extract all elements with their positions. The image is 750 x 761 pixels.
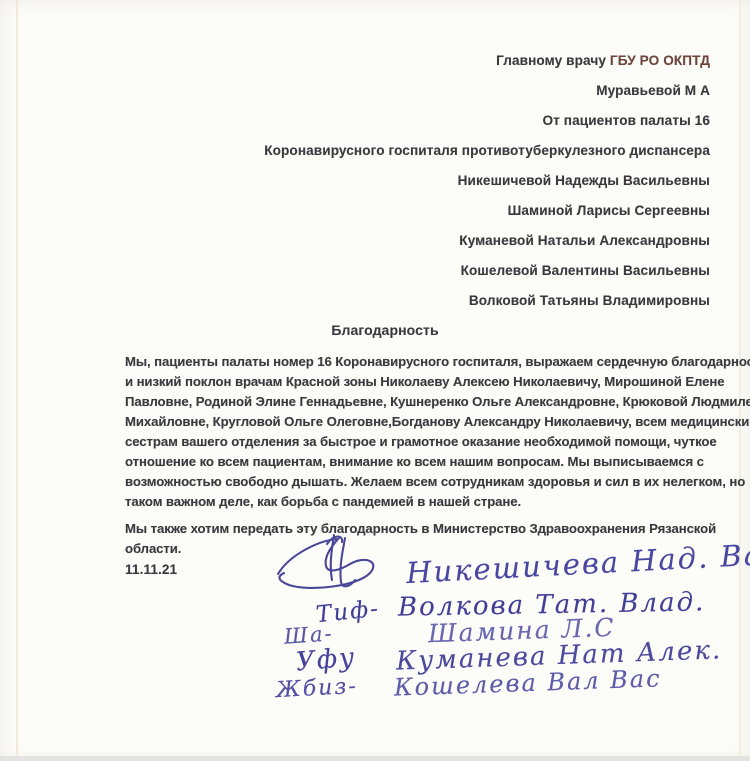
letter-header: Главному врачу ГБУ РО ОКПТД Муравьевой М… xyxy=(264,46,710,316)
flourish-signature xyxy=(272,532,398,604)
body-line: Михайловне, Кругловой Ольге Олеговне,Бог… xyxy=(125,412,745,432)
header-line-sender: Куманевой Натальи Александровны xyxy=(264,226,710,256)
body-line: Павловне, Родиной Элине Геннадьевне, Куш… xyxy=(125,392,745,412)
header-line: Коронавирусного госпиталя противотуберку… xyxy=(264,136,710,166)
body-line: возможностью свободно дышать. Желаем все… xyxy=(125,472,745,492)
letter-title: Благодарность xyxy=(125,322,645,338)
header-line-sender: Волковой Татьяны Владимировны xyxy=(264,286,710,316)
letter-date: 11.11.21 xyxy=(125,562,177,577)
body-line: таком важном деле, как борьба с пандемие… xyxy=(125,492,745,512)
body-line: и низкий поклон врачам Красной зоны Нико… xyxy=(125,372,745,392)
header-line: Муравьевой М А xyxy=(264,76,710,106)
recipient-org: ГБУ РО ОКПТД xyxy=(610,53,710,68)
header-line: От пациентов палаты 16 xyxy=(264,106,710,136)
header-line-sender: Шаминой Ларисы Сергеевны xyxy=(264,196,710,226)
body-line: сестрам вашего отделения за быстрое и гр… xyxy=(125,432,745,452)
body-line: отношение ко всем пациентам, внимание ко… xyxy=(125,452,745,472)
body-line: Мы также хотим передать эту благодарност… xyxy=(125,519,745,539)
header-line-sender: Никешичевой Надежды Васильевны xyxy=(264,166,710,196)
paper-bottom-edge xyxy=(0,756,750,761)
paper-left-edge xyxy=(16,0,18,761)
signature-scribble: Жбиз- xyxy=(275,674,358,703)
scanned-letter-page: Главному врачу ГБУ РО ОКПТД Муравьевой М… xyxy=(0,0,750,761)
body-line: Мы, пациенты палаты номер 16 Коронавирус… xyxy=(125,352,745,372)
header-line-sender: Кошелевой Валентины Васильевны xyxy=(264,256,710,286)
recipient-role: Главному врачу xyxy=(496,53,610,68)
header-line-recipient: Главному врачу ГБУ РО ОКПТД xyxy=(264,46,710,76)
signature-scribble: Уфу xyxy=(295,642,358,677)
